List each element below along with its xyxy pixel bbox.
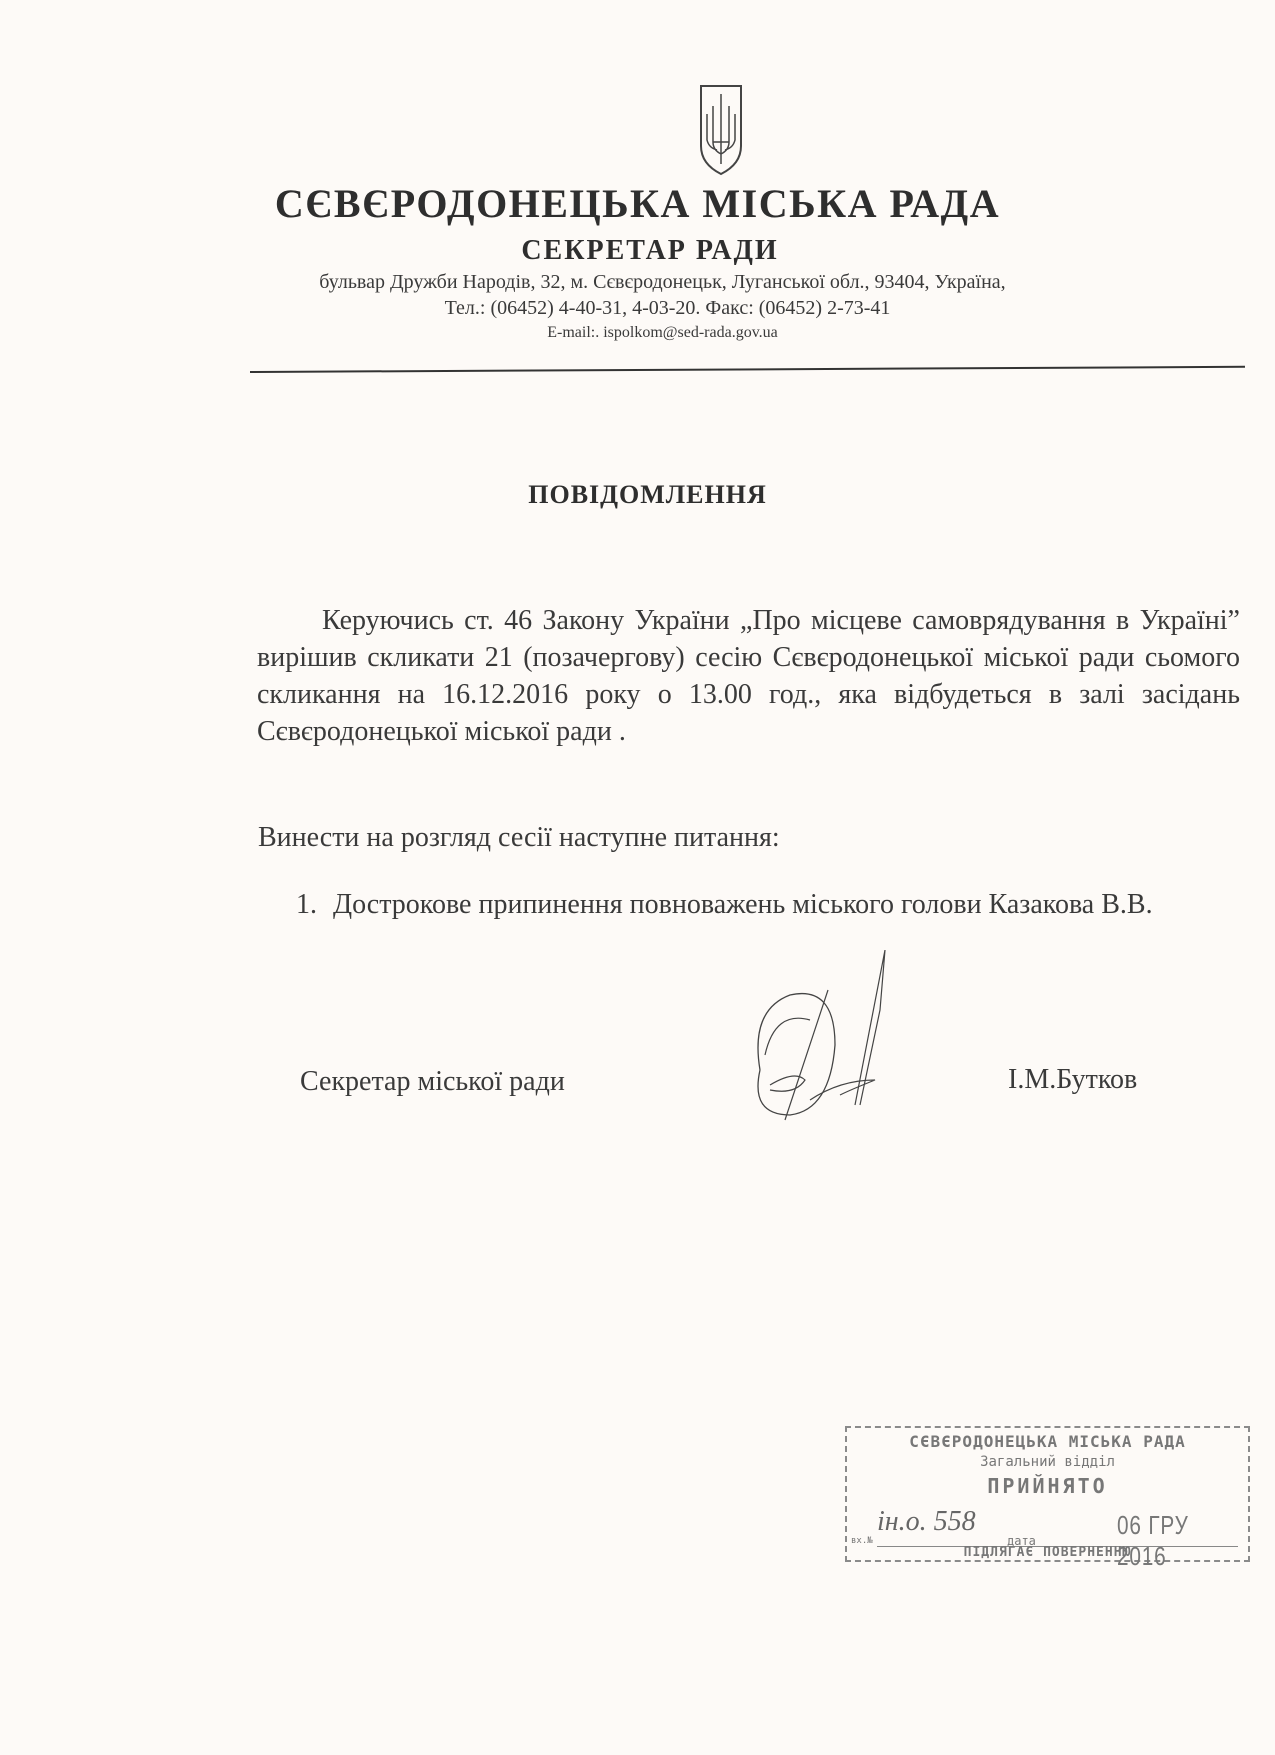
header-divider xyxy=(250,366,1245,373)
stamp-organization: СЄВЄРОДОНЕЦЬКА МІСЬКА РАДА xyxy=(847,1432,1248,1451)
address: бульвар Дружби Народів, 32, м. Сєвєродон… xyxy=(0,271,1275,294)
agenda-intro: Винести на розгляд сесії наступне питанн… xyxy=(258,822,780,854)
body-paragraph: Керуючись ст. 46 Закону України „Про міс… xyxy=(257,602,1240,750)
stamp-reg-number: ін.о. 558 xyxy=(877,1506,976,1538)
department-name: СЕКРЕТАР РАДИ xyxy=(0,235,1275,267)
stamp-status: ПРИЙНЯТО xyxy=(847,1474,1248,1498)
received-stamp: СЄВЄРОДОНЕЦЬКА МІСЬКА РАДА Загальний від… xyxy=(845,1426,1250,1562)
paragraph-text: Керуючись ст. 46 Закону України „Про міс… xyxy=(257,602,1240,750)
handwritten-signature-icon xyxy=(740,950,970,1130)
signatory-role: Секретар міської ради xyxy=(300,1066,565,1098)
stamp-department: Загальний відділ xyxy=(847,1454,1248,1470)
organization-name: СЄВЄРОДОНЕЦЬКА МІСЬКА РАДА xyxy=(0,180,1275,227)
list-item-text: Дострокове припинення повноважень місько… xyxy=(333,886,1233,923)
document-title: ПОВІДОМЛЕННЯ xyxy=(0,480,1275,510)
email: E-mail:. ispolkom@sed-rada.gov.ua xyxy=(0,324,1275,342)
stamp-date: 06 ГРУ 2016 xyxy=(1117,1510,1222,1572)
stamp-note: ПІДЛЯГАЄ ПОВЕРНЕННЮ xyxy=(847,1545,1248,1560)
phones: Тел.: (06452) 4-40-31, 4-03-20. Факс: (0… xyxy=(0,297,1275,320)
list-item-number: 1. xyxy=(296,886,317,923)
ukraine-trident-icon xyxy=(699,84,743,176)
signatory-name: І.М.Бутков xyxy=(1008,1064,1137,1096)
